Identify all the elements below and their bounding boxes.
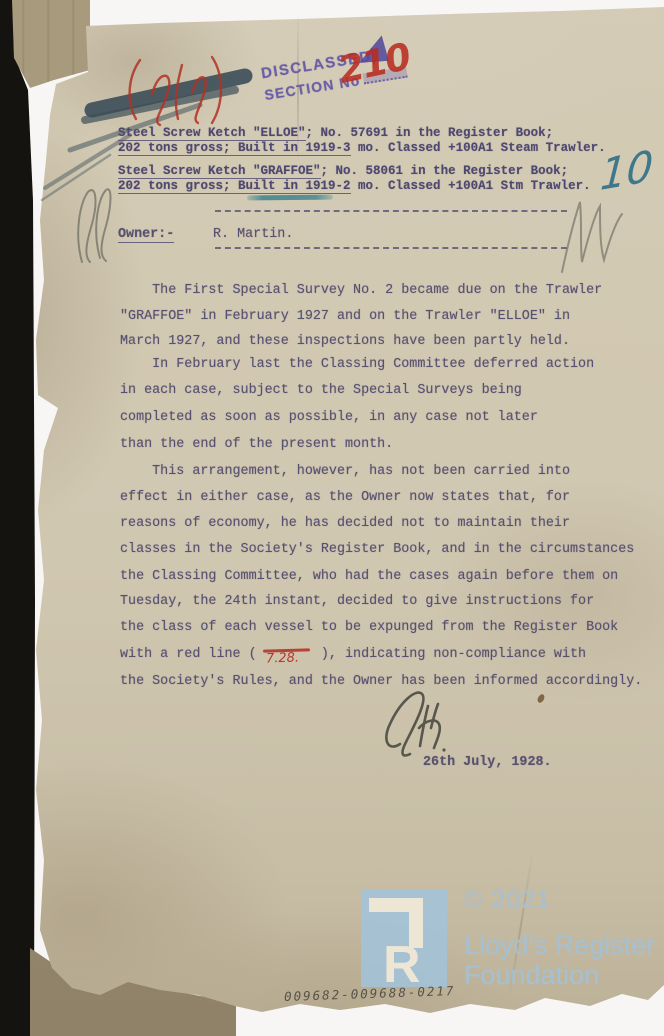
body-line: with a red line ( ), indicating non-comp… bbox=[120, 647, 586, 662]
body-line: in each case, subject to the Special Sur… bbox=[120, 383, 522, 398]
vessel-title-rest: ; No. 58061 in the Register Book; bbox=[321, 164, 569, 178]
body-line: the class of each vessel to be expunged … bbox=[120, 620, 618, 635]
body-line: classes in the Society's Register Book, … bbox=[120, 542, 634, 557]
dashed-separator-top bbox=[215, 210, 567, 212]
owner-name: R. Martin. bbox=[213, 227, 293, 242]
teal-crayon-mark bbox=[247, 195, 333, 201]
watermark-copyright: © 2021 bbox=[464, 886, 551, 915]
signature-initials bbox=[372, 686, 456, 758]
pencil-scribble-right bbox=[556, 192, 628, 276]
vessel-detail-underlined: 202 tons gross; Built in 1919-3 bbox=[118, 141, 351, 156]
body-line: completed as soon as possible, in any ca… bbox=[120, 410, 538, 425]
watermark-org-line2: Foundation bbox=[464, 960, 599, 991]
lr-logo-glyphs: R bbox=[361, 890, 447, 987]
body-line: In February last the Classing Committee … bbox=[120, 357, 594, 372]
pencil-scribble-left bbox=[70, 182, 122, 270]
vessel-detail-rest: mo. Classed +100A1 Stm Trawler. bbox=[351, 179, 591, 193]
body-line: "GRAFFOE" in February 1927 and on the Tr… bbox=[120, 309, 570, 324]
vessel-title-rest: ; No. 57691 in the Register Book; bbox=[306, 126, 554, 140]
scanner-background-edge bbox=[0, 0, 36, 1036]
body-line: than the end of the present month. bbox=[120, 437, 393, 452]
body-line: This arrangement, however, has not been … bbox=[120, 464, 570, 479]
lloyds-register-logo: R bbox=[361, 890, 447, 987]
watermark-org-line1: Lloyd's Register bbox=[464, 930, 655, 961]
document-date: 26th July, 1928. bbox=[423, 755, 552, 770]
body-line: effect in either case, as the Owner now … bbox=[120, 490, 570, 505]
owner-label: Owner:- bbox=[118, 227, 174, 242]
body-line: The First Special Survey No. 2 became du… bbox=[120, 283, 602, 298]
body-line: March 1927, and these inspections have b… bbox=[120, 334, 570, 349]
scanned-archive-document: DISCLASSED SECTION No 210 Steel Screw Ke… bbox=[0, 0, 664, 1036]
vessel-title-underlined: Steel Screw Ketch "ELLOE" bbox=[118, 126, 306, 141]
body-line: reasons of economy, he has decided not t… bbox=[120, 516, 570, 531]
vessel-detail-underlined: 202 tons gross; Built in 1919-2 bbox=[118, 179, 351, 194]
body-line: Tuesday, the 24th instant, decided to gi… bbox=[120, 594, 594, 609]
body-line: the Classing Committee, who had the case… bbox=[120, 569, 618, 584]
vessel-title-underlined: Steel Screw Ketch "GRAFFOE" bbox=[118, 164, 321, 179]
vessel-block-elloe: Steel Screw Ketch "ELLOE"; No. 57691 in … bbox=[118, 126, 606, 155]
owner-label-text: Owner:- bbox=[118, 227, 174, 243]
vessel-detail-rest: mo. Classed +100A1 Steam Trawler. bbox=[351, 141, 606, 155]
logo-letter-r: R bbox=[383, 936, 421, 987]
vessel-block-graffoe: Steel Screw Ketch "GRAFFOE"; No. 58061 i… bbox=[118, 164, 591, 193]
red-date-annotation: 7.28. bbox=[266, 650, 300, 666]
dashed-separator-bottom bbox=[215, 247, 567, 249]
